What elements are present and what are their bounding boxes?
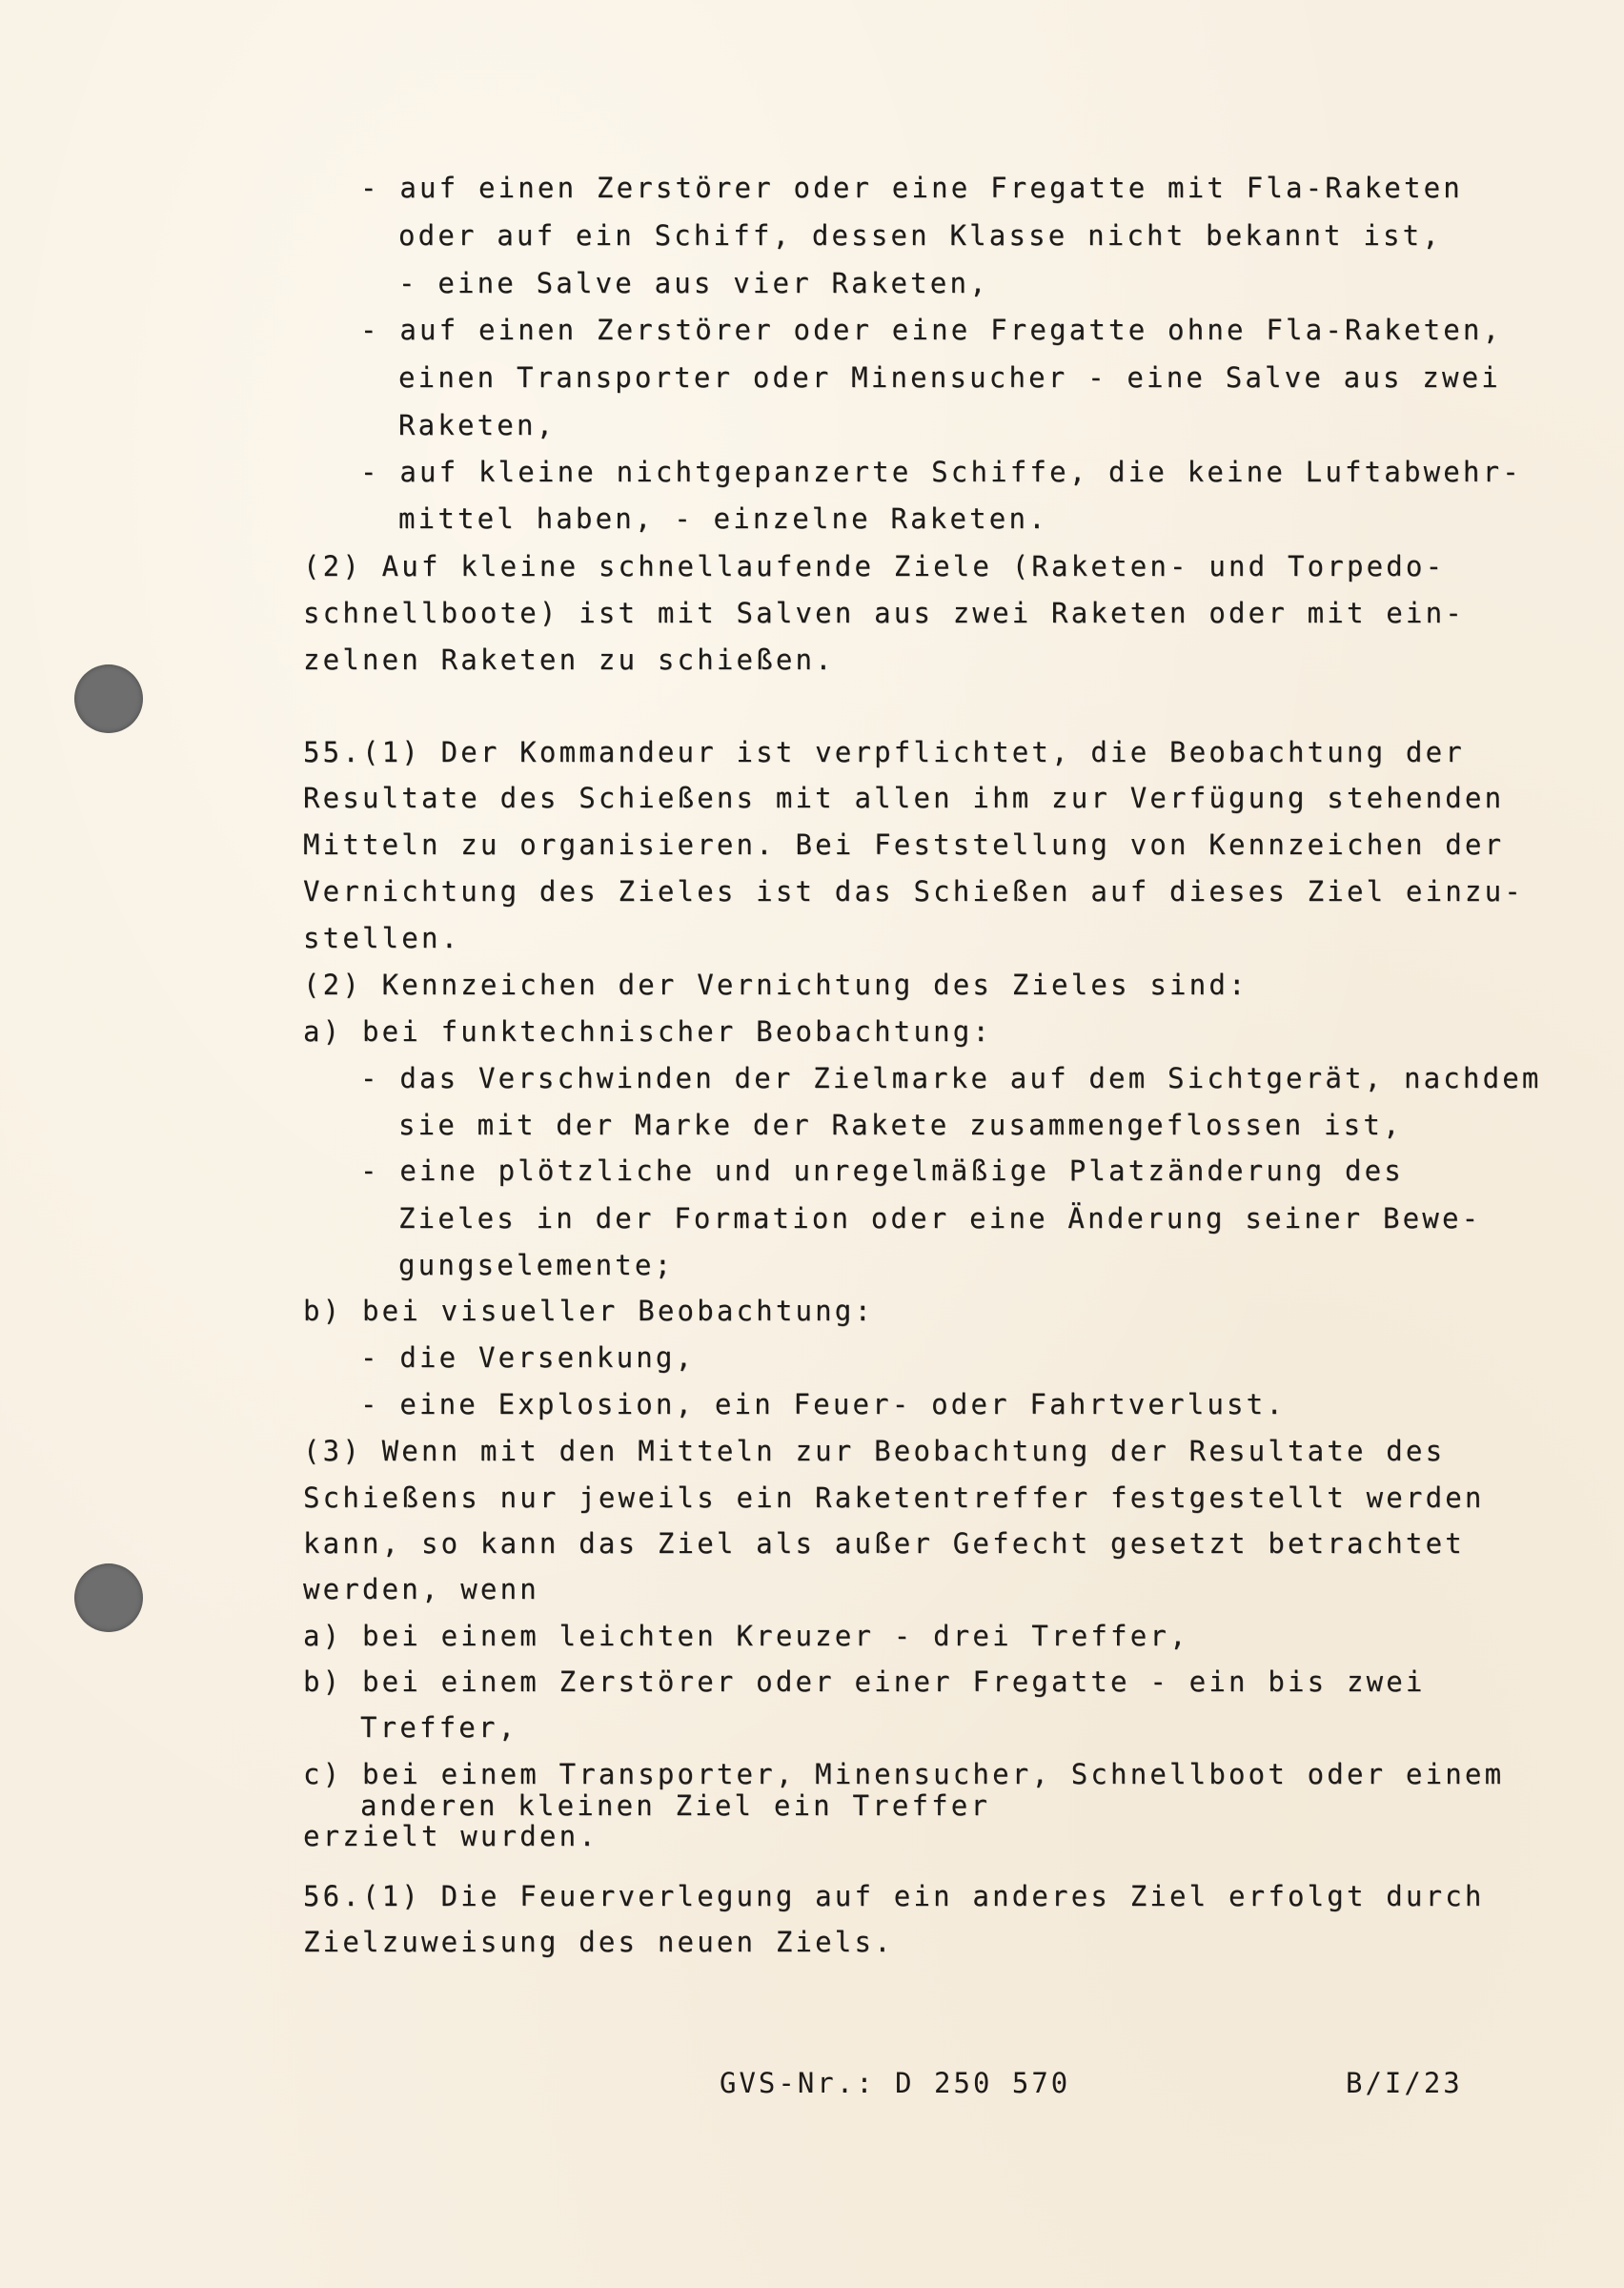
text-line: anderen kleinen Ziel ein Treffer: [360, 1792, 990, 1820]
text-line: (2) Auf kleine schnellaufende Ziele (Rak…: [303, 553, 1445, 581]
text-line: 56.(1) Die Feuerverlegung auf ein andere…: [303, 1883, 1485, 1910]
text-line: a) bei einem leichten Kreuzer - drei Tre…: [303, 1623, 1189, 1650]
text-line: Raketen,: [398, 412, 556, 439]
text-line: schnellboote) ist mit Salven aus zwei Ra…: [303, 600, 1465, 627]
document-page: - auf einen Zerstörer oder eine Fregatte…: [0, 0, 1624, 2288]
text-line: sie mit der Marke der Rakete zusammengef…: [398, 1112, 1403, 1139]
text-line: - auf einen Zerstörer oder eine Fregatte…: [360, 174, 1463, 202]
text-line: Treffer,: [360, 1714, 518, 1742]
punch-hole: [74, 664, 143, 733]
document-reference-number: GVS-Nr.: D 250 570: [720, 2067, 1070, 2099]
text-line: kann, so kann das Ziel als außer Gefecht…: [303, 1530, 1465, 1558]
text-line: - das Verschwinden der Zielmarke auf dem…: [360, 1065, 1542, 1093]
text-line: a) bei funktechnischer Beobachtung:: [303, 1018, 992, 1046]
text-line: zelnen Raketen zu schießen.: [303, 646, 835, 674]
text-line: - auf einen Zerstörer oder eine Fregatte…: [360, 317, 1502, 344]
text-line: mittel haben, - einzelne Raketen.: [398, 505, 1048, 533]
text-line: Vernichtung des Zieles ist das Schießen …: [303, 878, 1524, 906]
punch-hole: [74, 1563, 143, 1632]
text-line: Mitteln zu organisieren. Bei Feststellun…: [303, 831, 1504, 859]
text-line: Zielzuweisung des neuen Ziels.: [303, 1929, 894, 1956]
text-line: (3) Wenn mit den Mitteln zur Beobachtung…: [303, 1438, 1445, 1465]
text-line: stellen.: [303, 925, 460, 952]
text-line: (2) Kennzeichen der Vernichtung des Ziel…: [303, 971, 1248, 999]
text-line: Zieles in der Formation oder eine Änderu…: [398, 1205, 1481, 1233]
text-line: - eine Salve aus vier Raketen,: [398, 270, 989, 297]
text-line: 55.(1) Der Kommandeur ist verpflichtet, …: [303, 739, 1465, 766]
text-line: oder auf ein Schiff, dessen Klasse nicht…: [398, 222, 1442, 250]
page-code: B/I/23: [1346, 2067, 1463, 2099]
text-line: - eine plötzliche und unregelmäßige Plat…: [360, 1157, 1404, 1185]
text-line: - auf kleine nichtgepanzerte Schiffe, di…: [360, 459, 1522, 486]
text-line: Resultate des Schießens mit allen ihm zu…: [303, 785, 1504, 812]
text-line: c) bei einem Transporter, Minensucher, S…: [303, 1761, 1504, 1788]
text-line: - eine Explosion, ein Feuer- oder Fahrtv…: [360, 1391, 1286, 1419]
text-line: Schießens nur jeweils ein Raketentreffer…: [303, 1484, 1485, 1512]
text-line: gungselemente;: [398, 1252, 674, 1279]
text-line: erzielt wurden.: [303, 1823, 599, 1850]
text-line: werden, wenn: [303, 1576, 539, 1604]
text-line: - die Versenkung,: [360, 1344, 695, 1372]
text-line: b) bei einem Zerstörer oder einer Fregat…: [303, 1668, 1426, 1696]
text-line: b) bei visueller Beobachtung:: [303, 1297, 874, 1325]
text-line: einen Transporter oder Minensucher - ein…: [398, 364, 1501, 392]
